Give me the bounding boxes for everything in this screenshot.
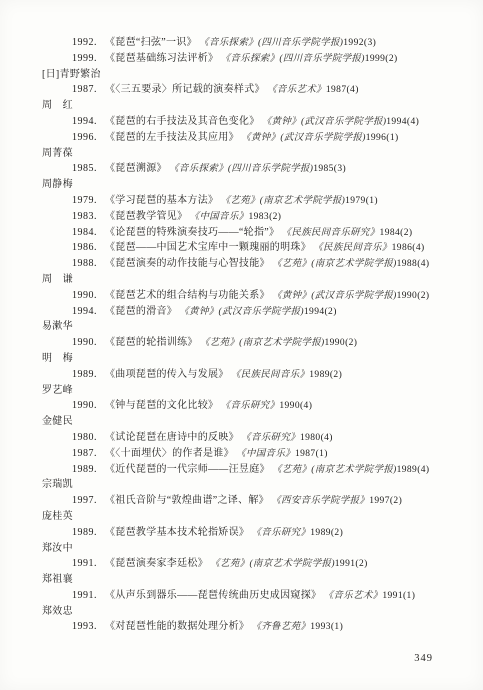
entry-year: 1985. bbox=[72, 161, 97, 177]
entry-year: 1987. bbox=[72, 446, 97, 462]
entry-journal: 《西安音乐学院学报》 bbox=[276, 496, 369, 506]
entry-title: 《钟与琵琶的文化比较》 bbox=[105, 400, 218, 411]
entry-cite: 1989(2) bbox=[310, 528, 343, 538]
bibliography-entry: 1989.《曲项琵琶的传入与发展》《民族民间音乐》1989(2) bbox=[42, 367, 465, 383]
author-name: 宗瑞凯 bbox=[42, 477, 465, 493]
entry-year: 1989. bbox=[72, 462, 97, 478]
bibliography-entry: 1988.《琵琶演奏的动作技能与心智技能》《艺苑》(南京艺术学院学报)1988(… bbox=[42, 256, 465, 272]
entry-journal: 《民族民间音乐》 bbox=[318, 243, 392, 253]
entry-journal: 《民族民间音乐研究》 bbox=[286, 228, 379, 238]
entry-title: 《〈十面埋伏〉的作者是谁》 bbox=[105, 448, 234, 459]
bibliography-entry: 1987.《〈十面埋伏〉的作者是谁》《中国音乐》1987(1) bbox=[42, 446, 465, 462]
entry-title: 《琵琶艺术的组合结构与功能关系》 bbox=[105, 290, 270, 301]
entry-cite: 1996(1) bbox=[366, 133, 399, 143]
entry-title: 《琵琶基础练习法评析》 bbox=[105, 53, 218, 64]
entry-title: 《琵琶教学基本技术轮指矫误》 bbox=[105, 527, 249, 538]
entry-year: 1984. bbox=[72, 225, 97, 241]
bibliography-entry: 1991.《琵琶演奏家李廷松》《艺苑》(南京艺术学院学报)1991(2) bbox=[42, 556, 465, 572]
entry-title: 《琵琶的轮指训练》 bbox=[105, 337, 198, 348]
bibliography-entry: 1986.《琵琶——中国艺术宝库中一颗瑰丽的明珠》《民族民间音乐》1986(4) bbox=[42, 240, 465, 256]
bibliography-entry: 1987.《〈三五要录〉所记载的演奏样式》《音乐艺术》1987(4) bbox=[42, 82, 465, 98]
bibliography-entry: 1984.《论琵琶的特殊演奏技巧——“轮指”》《民族民间音乐研究》1984(2) bbox=[42, 225, 465, 241]
entry-cite: 1989(4) bbox=[397, 465, 430, 475]
entry-year: 1991. bbox=[72, 588, 97, 604]
entry-year: 1980. bbox=[72, 430, 97, 446]
entry-cite: 1985(3) bbox=[313, 164, 346, 174]
entry-year: 1997. bbox=[72, 493, 97, 509]
author-name: 罗艺峰 bbox=[42, 383, 465, 399]
bibliography-entry: 1989.《琵琶教学基本技术轮指矫误》《音乐研究》1989(2) bbox=[42, 525, 465, 541]
entry-year: 1994. bbox=[72, 114, 97, 130]
bibliography-entry: 1993.《对琵琶性能的数据处理分析》《齐鲁艺苑》1993(1) bbox=[42, 619, 465, 635]
entry-title: 《〈三五要录〉所记载的演奏样式》 bbox=[105, 84, 265, 95]
entry-journal: 《音乐探索》(四川音乐学院学报) bbox=[225, 54, 364, 64]
entry-title: 《琵琶“扫弦”一识》 bbox=[105, 37, 197, 48]
entry-year: 1991. bbox=[72, 556, 97, 572]
entry-journal: 《齐鲁艺苑》 bbox=[256, 622, 310, 632]
author-name: 郑效忠 bbox=[42, 604, 465, 620]
entry-title: 《从声乐到器乐——琵琶传统曲历史成因窥探》 bbox=[105, 590, 321, 601]
entry-journal: 《黄钟》(武汉音乐学院学报) bbox=[246, 133, 366, 143]
bibliography-entry: 1994.《琵琶的滑音》《黄钟》(武汉音乐学院学报)1994(2) bbox=[42, 304, 465, 320]
entry-title: 《曲项琵琶的传入与发展》 bbox=[105, 369, 229, 380]
entry-year: 1989. bbox=[72, 525, 97, 541]
entry-cite: 1990(2) bbox=[324, 338, 357, 348]
bibliography-page: 1992.《琵琶“扫弦”一识》《音乐探索》(四川音乐学院学报)1992(3)19… bbox=[0, 0, 483, 690]
entry-cite: 1984(2) bbox=[380, 228, 413, 238]
entry-cite: 1997(2) bbox=[369, 496, 402, 506]
bibliography-entry: 1990.《钟与琵琶的文化比较》《音乐研究》1990(4) bbox=[42, 398, 465, 414]
author-name: 庞桂英 bbox=[42, 509, 465, 525]
bibliography-entry: 1996.《琵琶的左手技法及其应用》《黄钟》(武汉音乐学院学报)1996(1) bbox=[42, 130, 465, 146]
entry-year: 1983. bbox=[72, 209, 97, 225]
entry-title: 《祖氏音阶与“敦煌曲谱”之译、解》 bbox=[105, 495, 269, 506]
bibliography-entry: 1991.《从声乐到器乐——琵琶传统曲历史成因窥探》《音乐艺术》1991(1) bbox=[42, 588, 465, 604]
entry-journal: 《艺苑》(南京艺术学院学报) bbox=[205, 338, 325, 348]
entry-year: 1996. bbox=[72, 130, 97, 146]
entry-title: 《琵琶的滑音》 bbox=[105, 306, 177, 317]
entry-title: 《琵琶的左手技法及其应用》 bbox=[105, 132, 239, 143]
bibliography-entry: 1994.《琵琶的右手技法及其音色变化》《黄钟》(武汉音乐学院学报)1994(4… bbox=[42, 114, 465, 130]
entry-title: 《琵琶——中国艺术宝库中一颗瑰丽的明珠》 bbox=[105, 242, 311, 253]
bibliography-entry: 1990.《琵琶的轮指训练》《艺苑》(南京艺术学院学报)1990(2) bbox=[42, 335, 465, 351]
entry-year: 1988. bbox=[72, 256, 97, 272]
author-name: 金健民 bbox=[42, 414, 465, 430]
entry-journal: 《艺苑》(南京艺术学院学报) bbox=[277, 465, 397, 475]
bibliography-entry: 1985.《琵琶溯源》《音乐探索》(四川音乐学院学报)1985(3) bbox=[42, 161, 465, 177]
entry-title: 《琵琶演奏家李廷松》 bbox=[105, 558, 208, 569]
entry-journal: 《艺苑》(南京艺术学院学报) bbox=[225, 196, 345, 206]
entry-journal: 《音乐研究》 bbox=[246, 433, 300, 443]
entry-cite: 1999(2) bbox=[365, 54, 398, 64]
author-name: 易漱华 bbox=[42, 319, 465, 335]
bibliography-entry: 1979.《学习琵琶的基本方法》《艺苑》(南京艺术学院学报)1979(1) bbox=[42, 193, 465, 209]
entry-title: 《试论琵琶在唐诗中的反映》 bbox=[105, 432, 239, 443]
entry-cite: 1979(1) bbox=[345, 196, 378, 206]
entry-journal: 《音乐探索》(四川音乐学院学报) bbox=[204, 38, 343, 48]
author-name: 周静梅 bbox=[42, 177, 465, 193]
entry-journal: 《民族民间音乐》 bbox=[236, 370, 310, 380]
entry-journal: 《中国音乐》 bbox=[194, 212, 248, 222]
entry-cite: 1993(1) bbox=[310, 622, 343, 632]
entry-cite: 1994(4) bbox=[386, 117, 419, 127]
entry-title: 《论琵琶的特殊演奏技巧——“轮指”》 bbox=[105, 227, 279, 238]
bibliography-entry: 1997.《祖氏音阶与“敦煌曲谱”之译、解》《西安音乐学院学报》1997(2) bbox=[42, 493, 465, 509]
entry-journal: 《音乐探索》(四川音乐学院学报) bbox=[174, 164, 313, 174]
entry-cite: 1987(4) bbox=[326, 85, 359, 95]
entry-cite: 1990(4) bbox=[279, 401, 312, 411]
entry-year: 1999. bbox=[72, 51, 97, 67]
entry-title: 《近代琵琶的一代宗师——汪昱庭》 bbox=[105, 464, 270, 475]
author-name: 郑祖襄 bbox=[42, 572, 465, 588]
entry-title: 《琵琶溯源》 bbox=[105, 163, 167, 174]
entry-year: 1990. bbox=[72, 335, 97, 351]
entry-cite: 1990(2) bbox=[397, 291, 430, 301]
entry-cite: 1991(2) bbox=[335, 559, 368, 569]
entry-cite: 1994(2) bbox=[304, 307, 337, 317]
entry-journal: 《黄钟》(武汉音乐学院学报) bbox=[277, 291, 397, 301]
entry-title: 《琵琶教学管见》 bbox=[105, 211, 187, 222]
author-name: [日]青野繁治 bbox=[42, 67, 465, 83]
bibliography-entry: 1989.《近代琵琶的一代宗师——汪昱庭》《艺苑》(南京艺术学院学报)1989(… bbox=[42, 462, 465, 478]
entry-cite: 1983(2) bbox=[248, 212, 281, 222]
entry-year: 1992. bbox=[72, 35, 97, 51]
entry-year: 1986. bbox=[72, 240, 97, 256]
entry-journal: 《艺苑》(南京艺术学院学报) bbox=[277, 259, 397, 269]
entry-title: 《琵琶演奏的动作技能与心智技能》 bbox=[105, 258, 270, 269]
entry-year: 1994. bbox=[72, 304, 97, 320]
entry-cite: 1980(4) bbox=[300, 433, 333, 443]
entry-year: 1989. bbox=[72, 367, 97, 383]
entry-journal: 《中国音乐》 bbox=[241, 449, 295, 459]
entry-journal: 《音乐研究》 bbox=[256, 528, 310, 538]
entry-journal: 《音乐艺术》 bbox=[328, 591, 382, 601]
entry-journal: 《音乐研究》 bbox=[225, 401, 279, 411]
entry-cite: 1986(4) bbox=[392, 243, 425, 253]
entry-journal: 《艺苑》(南京艺术学院学报) bbox=[215, 559, 335, 569]
author-name: 郑汝中 bbox=[42, 541, 465, 557]
bibliography-entry: 1999.《琵琶基础练习法评析》《音乐探索》(四川音乐学院学报)1999(2) bbox=[42, 51, 465, 67]
entry-title: 《对琵琶性能的数据处理分析》 bbox=[105, 621, 249, 632]
entry-cite: 1992(3) bbox=[343, 38, 376, 48]
author-name: 周菁葆 bbox=[42, 146, 465, 162]
entry-year: 1979. bbox=[72, 193, 97, 209]
author-name: 周 红 bbox=[42, 98, 465, 114]
page-number: 349 bbox=[414, 653, 433, 664]
entry-journal: 《音乐艺术》 bbox=[272, 85, 326, 95]
entry-year: 1993. bbox=[72, 619, 97, 635]
entry-year: 1987. bbox=[72, 82, 97, 98]
entry-journal: 《黄钟》(武汉音乐学院学报) bbox=[184, 307, 304, 317]
author-name: 明 梅 bbox=[42, 351, 465, 367]
bibliography-entry: 1980.《试论琵琶在唐诗中的反映》《音乐研究》1980(4) bbox=[42, 430, 465, 446]
bibliography-entry: 1992.《琵琶“扫弦”一识》《音乐探索》(四川音乐学院学报)1992(3) bbox=[42, 35, 465, 51]
entry-cite: 1989(2) bbox=[309, 370, 342, 380]
bibliography-entry: 1983.《琵琶教学管见》《中国音乐》1983(2) bbox=[42, 209, 465, 225]
entry-year: 1990. bbox=[72, 288, 97, 304]
entry-journal: 《黄钟》(武汉音乐学院学报) bbox=[267, 117, 387, 127]
bibliography-list: 1992.《琵琶“扫弦”一识》《音乐探索》(四川音乐学院学报)1992(3)19… bbox=[42, 35, 465, 635]
entry-title: 《琵琶的右手技法及其音色变化》 bbox=[105, 116, 260, 127]
entry-cite: 1988(4) bbox=[397, 259, 430, 269]
entry-cite: 1987(1) bbox=[295, 449, 328, 459]
entry-cite: 1991(1) bbox=[382, 591, 415, 601]
entry-title: 《学习琵琶的基本方法》 bbox=[105, 195, 218, 206]
bibliography-entry: 1990.《琵琶艺术的组合结构与功能关系》《黄钟》(武汉音乐学院学报)1990(… bbox=[42, 288, 465, 304]
entry-year: 1990. bbox=[72, 398, 97, 414]
author-name: 周 谦 bbox=[42, 272, 465, 288]
